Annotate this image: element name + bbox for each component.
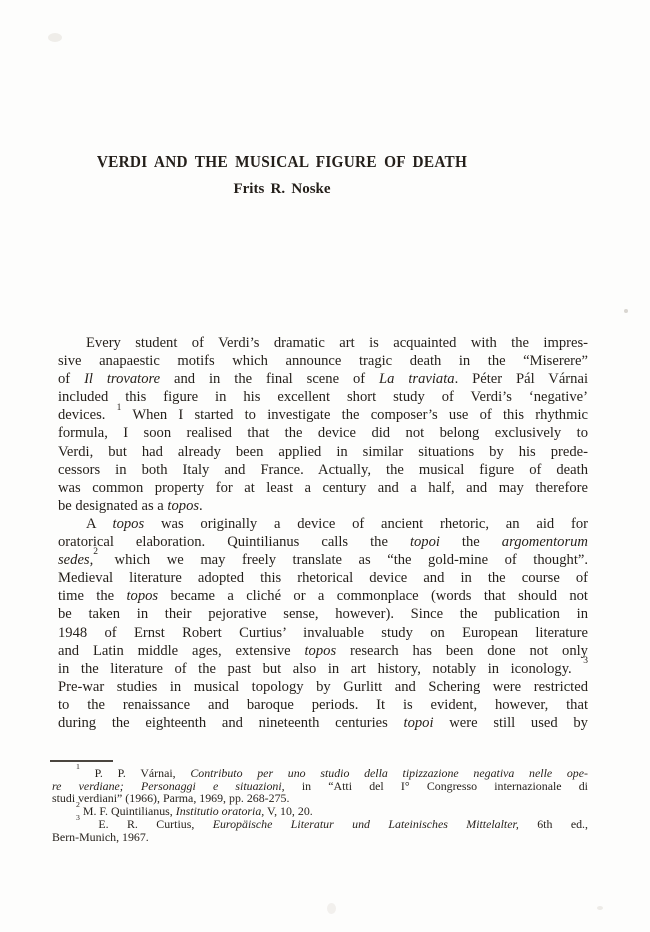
text-segment: was common property for at least a centu… [58,480,588,496]
footnote-ref: 1 [76,762,80,771]
text-segment: in “Atti del I° Congresso internazionale… [285,779,588,793]
article-body: Every student of Verdi’s dramatic art is… [58,334,588,732]
body-line: formula, I soon realised that the device… [58,424,588,442]
footnote-ref: 3 [76,813,80,822]
italic-text: topoi [404,715,434,731]
scan-speck [327,903,336,914]
text-segment: Every student of Verdi’s dramatic art is… [86,335,588,351]
italic-text: Europäische Literatur und Lateinisches M… [213,817,519,831]
body-line: Verdi, but had already been applied in s… [58,443,588,461]
text-segment: included this figure in his excellent sh… [58,389,588,405]
text-segment: cessors in both Italy and France. Actual… [58,462,588,478]
body-line: 1948 of Ernst Robert Curtius’ invaluable… [58,624,588,642]
text-segment: Pre-war studies in musical topology by G… [58,679,588,695]
text-segment: Medieval literature adopted this rhetori… [58,570,588,586]
text-segment: which we may freely translate as “the go… [98,552,588,568]
text-segment: . Péter Pál Várnai [455,371,588,387]
text-segment: and in the final scene of [160,371,379,387]
italic-text: topoi [410,534,440,550]
footnote-line: Bern-Munich, 1967. [52,831,588,844]
footnotes-block: 1 P. P. Várnai, Contributo per uno studi… [52,767,588,843]
text-segment: When I started to investigate the compos… [121,407,588,423]
italic-text: La traviata [379,371,455,387]
body-line: sive anapaestic motifs which announce tr… [58,352,588,370]
footnote-ref: 2 [76,800,80,809]
text-segment: 1948 of Ernst Robert Curtius’ invaluable… [58,625,588,641]
scanned-page: VERDI AND THE MUSICAL FIGURE OF DEATH Fr… [0,0,650,932]
italic-text: sedes, [58,552,93,568]
body-line: A topos was originally a device of ancie… [58,515,588,533]
body-line: be taken in their pejorative sense, howe… [58,605,588,623]
body-line: devices. 1 When I started to investigate… [58,406,588,424]
text-segment: Bern-Munich, 1967. [52,830,149,844]
text-segment: sive anapaestic motifs which announce tr… [58,353,588,369]
body-line: in the literature of the past but also i… [58,660,588,678]
scan-speck [48,33,62,42]
text-segment: was originally a device of ancient rheto… [144,516,588,532]
footnote-ref: 3 [583,656,588,666]
body-line: sedes,2 which we may freely translate as… [58,551,588,569]
text-segment: and Latin middle ages, extensive [58,643,305,659]
scan-speck [597,906,603,910]
text-segment: 6th ed., [519,817,588,831]
body-line: cessors in both Italy and France. Actual… [58,461,588,479]
text-segment: of [58,371,84,387]
text-segment: during the eighteenth and nineteenth cen… [58,715,404,731]
text-segment: the [440,534,502,550]
body-line: during the eighteenth and nineteenth cen… [58,714,588,732]
body-line: to the renaissance and baroque periods. … [58,696,588,714]
article-author: Frits R. Noske [233,181,330,198]
italic-text: topos [167,498,199,514]
body-line: time the topos became a cliché or a comm… [58,587,588,605]
text-segment: oratorical elaboration. Quintilianus cal… [58,534,410,550]
italic-text: topos [113,516,145,532]
body-line: of Il trovatore and in the final scene o… [58,370,588,388]
text-segment: in the literature of the past but also i… [58,661,583,677]
text-segment: became a cliché or a commonplace (words … [158,588,588,604]
scan-speck [624,309,628,313]
body-line: and Latin middle ages, extensive topos r… [58,642,588,660]
italic-text: argomentorum [502,534,588,550]
text-segment: be taken in their pejorative sense, howe… [58,606,588,622]
body-line: was common property for at least a centu… [58,479,588,497]
body-line: oratorical elaboration. Quintilianus cal… [58,533,588,551]
body-line: be designated as a topos. [58,497,588,515]
italic-text: topos [126,588,158,604]
body-line: Pre-war studies in musical topology by G… [58,678,588,696]
text-segment: were still used by [434,715,588,731]
text-segment: be designated as a [58,498,167,514]
text-segment: research has been done not only [336,643,588,659]
text-segment: devices. [58,407,117,423]
italic-text: topos [305,643,337,659]
body-line: included this figure in his excellent sh… [58,388,588,406]
text-segment: . [199,498,203,514]
footnote-ref: 1 [117,403,122,413]
body-line: Medieval literature adopted this rhetori… [58,569,588,587]
text-segment: A [86,516,113,532]
body-line: Every student of Verdi’s dramatic art is… [58,334,588,352]
article-title: VERDI AND THE MUSICAL FIGURE OF DEATH [97,152,467,172]
text-segment: Verdi, but had already been applied in s… [58,444,588,460]
text-segment: formula, I soon realised that the device… [58,425,588,441]
footnote-ref: 2 [93,547,98,557]
italic-text: Il trovatore [84,371,160,387]
text-segment: to the renaissance and baroque periods. … [58,697,588,713]
footnote-separator-rule [50,760,113,762]
text-segment: time the [58,588,126,604]
